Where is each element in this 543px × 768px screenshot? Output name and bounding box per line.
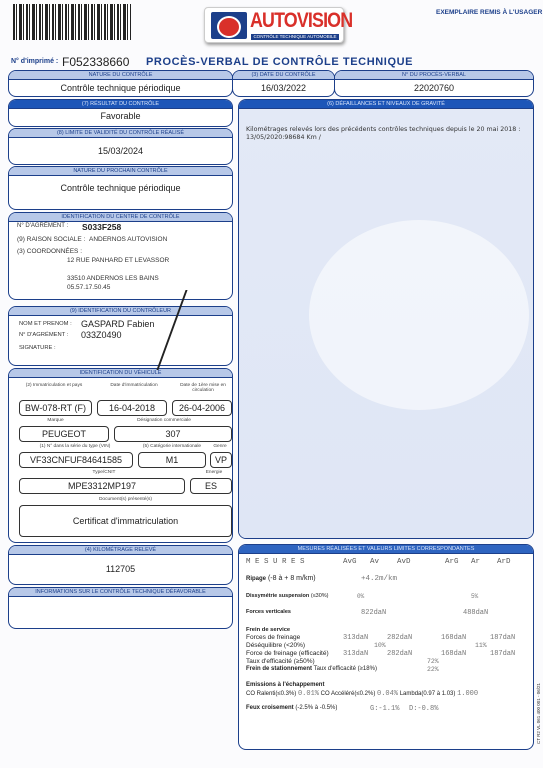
col-avd: AvD (397, 558, 411, 566)
designation-field: 307 (114, 426, 232, 442)
mesures-label: MESURES RÉALISÉES ET VALEURS LIMITES COR… (239, 545, 533, 554)
next-control-value: Contrôle technique périodique (9, 176, 232, 200)
date-value: 16/03/2022 (233, 80, 334, 96)
logo-subtitle: CONTRÔLE TECHNIQUE AUTOMOBILE (251, 34, 339, 40)
defects-label: (6) DÉFAILLANCES ET NIVEAUX DE GRAVITÉ (239, 100, 533, 109)
energie-label: Energie (197, 470, 231, 475)
immat-label: (2) Immatriculation et pays (19, 383, 89, 388)
desequilibre-label: Déséquilibre (<20%) (246, 642, 305, 649)
centre-agrement-value: S033F258 (82, 222, 121, 232)
lambda-value: 1.000 (457, 690, 478, 698)
date-immat-field: 16-04-2018 (97, 400, 167, 416)
force-efficacite-arg: 168daN (441, 650, 466, 658)
signature-label: SIGNATURE : (19, 345, 56, 351)
phone: 05.57.17.50.45 (67, 284, 110, 291)
col-ard: ArD (497, 558, 511, 566)
pv-value: 22020760 (335, 80, 533, 96)
stationnement-value: 22% (427, 666, 439, 673)
categorie-field: M1 (138, 452, 206, 468)
imprime-label: N° d'imprimé : (11, 58, 58, 65)
feux-g: G:-1.1% (370, 705, 399, 713)
forces-freinage-avg: 313daN (343, 634, 368, 642)
marque-field: PEUGEOT (19, 426, 109, 442)
centre-box: IDENTIFICATION DU CENTRE DE CONTRÔLE N° … (8, 212, 233, 300)
lambda-label: Lambda(0.97 à 1.03) (400, 691, 456, 697)
pv-label: N° DU PROCÈS-VERBAL (335, 71, 533, 80)
col-ar: Ar (471, 558, 480, 566)
logo-emblem-icon (211, 12, 247, 39)
imprime-number: F052338660 (62, 55, 129, 69)
mesures-box: MESURES RÉALISÉES ET VALEURS LIMITES COR… (238, 544, 534, 750)
forces-freinage-avd: 282daN (387, 634, 412, 642)
desequilibre-ar: 11% (475, 642, 487, 649)
date-label: (3) DATE DU CONTRÔLE (233, 71, 334, 80)
nature-box: NATURE DU CONTRÔLE Contrôle technique pé… (8, 70, 233, 97)
kilometrage-value: 112705 (9, 555, 232, 583)
date-box: (3) DATE DU CONTRÔLE 16/03/2022 (232, 70, 335, 97)
next-control-label: NATURE DU PROCHAIN CONTRÔLE (9, 167, 232, 176)
co-ralenti-label: CO Ralenti(≤0.3%) (246, 691, 296, 697)
defects-text-line1: Kilométrages relevés lors des précédents… (246, 126, 520, 133)
dissym-av: 0% (357, 593, 364, 600)
forces-freinage-label: Forces de freinage (246, 634, 300, 641)
genre-field: VP (210, 452, 232, 468)
forces-verticales-label: Forces verticales (246, 609, 291, 615)
feux-label: Feux croisement (246, 705, 294, 711)
col-arg: ArG (445, 558, 459, 566)
defects-box: (6) DÉFAILLANCES ET NIVEAUX DE GRAVITÉ K… (238, 99, 534, 539)
forces-verticales-ar: 488daN (463, 609, 488, 617)
co-ralenti-value: 0.01% (298, 690, 319, 698)
raison-label: (9) RAISON SOCIALE : (17, 236, 85, 243)
emissions-label: Emissions à l'échappement (246, 682, 324, 688)
nature-label: NATURE DU CONTRÔLE (9, 71, 232, 80)
dissym-label: Dissymétrie suspension (246, 593, 309, 599)
feux-d: D:-0.8% (409, 705, 438, 713)
autovision-logo: AUTOVISION CONTRÔLE TECHNIQUE AUTOMOBILE (204, 7, 344, 43)
form-reference: CT R2 VL 061 400 001 - 06/21 (536, 614, 541, 744)
vin-field: VF33CNFUF84641585 (19, 452, 133, 468)
vehicle-label: IDENTIFICATION DU VÉHICULE (9, 369, 232, 378)
controleur-name-label: NOM ET PRENOM : (19, 321, 72, 327)
defects-text-line2: 13/05/2020:98684 Km / (246, 134, 321, 141)
dissym-ar: 5% (471, 593, 478, 600)
pv-box: N° DU PROCÈS-VERBAL 22020760 (334, 70, 534, 97)
address-line1: 12 RUE PANHARD ET LEVASSOR (67, 257, 169, 264)
frein-service-label: Frein de service (246, 627, 290, 633)
documents-field: Certificat d'immatriculation (19, 505, 232, 537)
mesures-head: M E S U R E S (246, 558, 305, 566)
col-av: Av (370, 558, 379, 566)
force-efficacite-avg: 313daN (343, 650, 368, 658)
marque-label: Marque (19, 418, 92, 423)
force-efficacite-ard: 187daN (490, 650, 515, 658)
document-title: PROCÈS-VERBAL DE CONTRÔLE TECHNIQUE (146, 56, 413, 68)
logo-text: AUTOVISION (250, 9, 352, 33)
documents-label: Document(s) présenté(s) (19, 497, 232, 502)
ripage-value: +4.2m/km (361, 575, 397, 583)
kilometrage-box: (4) KILOMÉTRAGE RELEVÉ 112705 (8, 545, 233, 585)
type-field: MPE3312MP197 (19, 478, 185, 494)
co-accelere-label: CO Accéléré(≤0.2%) (321, 691, 376, 697)
taux-efficacite-label: Taux d'efficacité (≥50%) (246, 658, 315, 665)
centre-agrement-label: N° D'AGRÉMENT : (17, 223, 68, 229)
designation-label: Désignation commerciale (109, 418, 219, 423)
controleur-agrement-value: 033Z0490 (81, 330, 122, 340)
validity-value: 15/03/2024 (9, 138, 232, 164)
nature-value: Contrôle technique périodique (9, 80, 232, 96)
ripage-limit: (-8 à + 8 m/km) (268, 575, 316, 582)
co-accelere-value: 0.04% (377, 690, 398, 698)
stationnement-taux-label: Taux d'efficacité (≥18%) (314, 666, 377, 672)
desequilibre-av: 10% (374, 642, 386, 649)
date-immat-label: Date d'immatriculation (99, 383, 169, 388)
first-circulation-field: 26-04-2006 (172, 400, 232, 416)
stationnement-label: Frein de stationnement (246, 666, 312, 672)
genre-label: Genre (209, 444, 231, 449)
type-label: Type/CNIT (19, 470, 189, 475)
result-value: Favorable (9, 109, 232, 123)
defavorable-box: INFORMATIONS SUR LE CONTRÔLE TECHNIQUE D… (8, 587, 233, 629)
col-avg: AvG (343, 558, 357, 566)
coord-label: (3) COORDONNÉES : (17, 248, 82, 255)
forces-freinage-ard: 187daN (490, 634, 515, 642)
address-line2: 33510 ANDERNOS LES BAINS (67, 275, 159, 282)
controleur-agrement-label: N° D'AGRÉMENT : (19, 332, 68, 338)
first-circulation-label: Date de 1ère mise en circulation (175, 383, 231, 393)
vin-label: (1) N° dans la série du type (VIN) (19, 444, 131, 449)
centre-label: IDENTIFICATION DU CENTRE DE CONTRÔLE (9, 213, 232, 222)
dissym-limit: (≤30%) (311, 593, 329, 599)
barcode (13, 4, 131, 40)
immat-field: BW-078-RT (F) (19, 400, 92, 416)
vehicle-box: IDENTIFICATION DU VÉHICULE (2) Immatricu… (8, 368, 233, 543)
next-control-box: NATURE DU PROCHAIN CONTRÔLE Contrôle tec… (8, 166, 233, 210)
result-label: (7) RÉSULTAT DU CONTRÔLE (9, 100, 232, 109)
kilometrage-label: (4) KILOMÉTRAGE RELEVÉ (9, 546, 232, 555)
taux-efficacite-value: 72% (427, 658, 439, 665)
force-efficacite-label: Force de freinage (efficacité) (246, 650, 329, 657)
forces-verticales-av: 822daN (361, 609, 386, 617)
validity-label: (8) LIMITE DE VALIDITÉ DU CONTRÔLE RÉALI… (9, 129, 232, 138)
result-box: (7) RÉSULTAT DU CONTRÔLE Favorable (8, 99, 233, 127)
controleur-name-value: GASPARD Fabien (81, 319, 154, 329)
feux-limit: (-2.5% à -0.5%) (295, 705, 337, 711)
raison-value: ANDERNOS AUTOVISION (89, 236, 167, 243)
defavorable-label: INFORMATIONS SUR LE CONTRÔLE TECHNIQUE D… (9, 588, 232, 597)
watermark-logo-icon (309, 220, 529, 410)
categorie-label: (5) Catégorie internationale (137, 444, 207, 449)
copy-label: EXEMPLAIRE REMIS À L'USAGER (436, 9, 542, 16)
energie-field: ES (190, 478, 232, 494)
force-efficacite-avd: 282daN (387, 650, 412, 658)
validity-box: (8) LIMITE DE VALIDITÉ DU CONTRÔLE RÉALI… (8, 128, 233, 165)
forces-freinage-arg: 168daN (441, 634, 466, 642)
ripage-label: Ripage (246, 576, 266, 582)
